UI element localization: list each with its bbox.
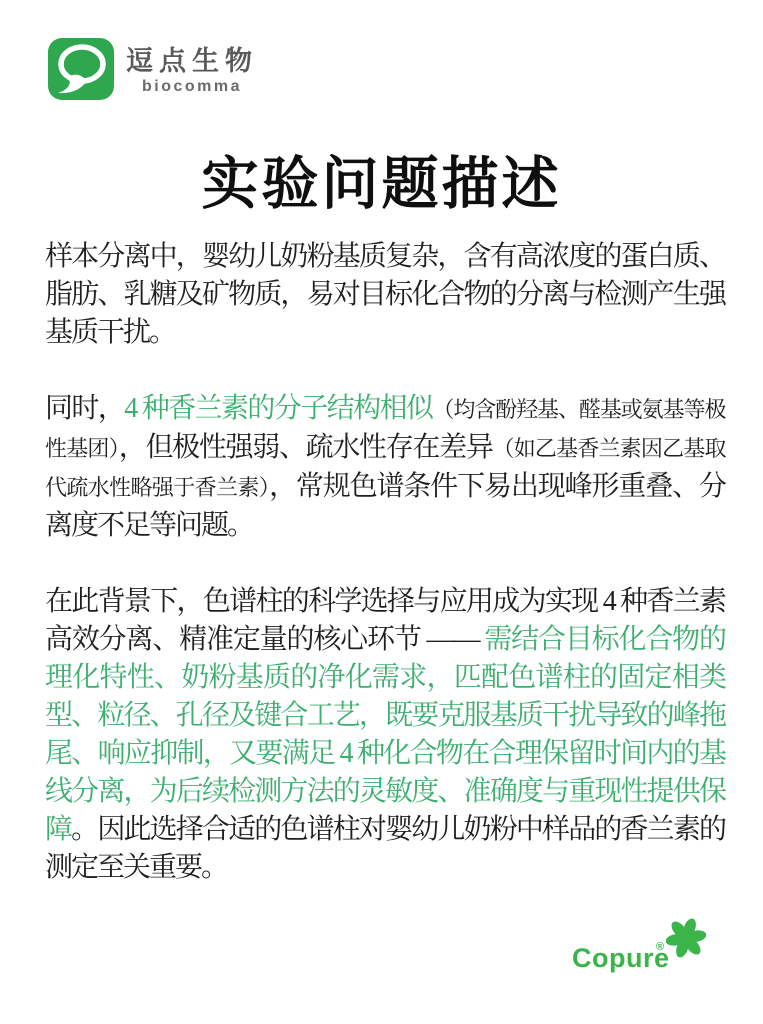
paragraph-3: 在此背景下，色谱柱的科学选择与应用成为实现 4 种香兰素高效分离、精准定量的核心… [45,583,725,887]
speech-bubble-comma-icon [48,38,114,100]
p3-tail: 。因此选择合适的色谱柱对婴幼儿奶粉中样品的香兰素的测定至关重要。 [45,814,725,883]
p3-green-highlight: 需结合目标化合物的理化特性、奶粉基质的净化需求，匹配色谱柱的固定相类型、粒径、孔… [45,624,725,845]
copure-wordmark: Copure [572,943,670,974]
brand-name-en: biocomma [142,78,242,96]
brand-name-cn: 逗点生物 [126,46,258,76]
p2-lead: 同时， [45,393,124,424]
paragraph-1: 样本分离中，婴幼儿奶粉基质复杂，含有高浓度的蛋白质、脂肪、乳糖及矿物质，易对目标… [45,238,725,352]
copure-logo: Copure ® [560,916,720,982]
registered-trademark-symbol: ® [656,941,664,953]
p2-mid: ，但极性强弱、疏水性存在差异 [119,432,493,463]
page: 逗点生物 biocomma 实验问题描述 样本分离中，婴幼儿奶粉基质复杂，含有高… [0,0,763,1024]
body-text: 样本分离中，婴幼儿奶粉基质复杂，含有高浓度的蛋白质、脂肪、乳糖及矿物质，易对目标… [45,238,725,887]
paragraph-1-text: 样本分离中，婴幼儿奶粉基质复杂，含有高浓度的蛋白质、脂肪、乳糖及矿物质，易对目标… [45,241,725,348]
page-title: 实验问题描述 [0,138,763,220]
biocomma-logo: 逗点生物 biocomma [48,38,258,100]
paragraph-2: 同时，4 种香兰素的分子结构相似（均含酚羟基、醛基或氨基等极性基团），但极性强弱… [45,390,725,545]
p2-green-highlight: 4 种香兰素的分子结构相似 [124,393,432,424]
asterisk-flower-icon [666,918,706,958]
brand-text-block: 逗点生物 biocomma [126,46,258,96]
